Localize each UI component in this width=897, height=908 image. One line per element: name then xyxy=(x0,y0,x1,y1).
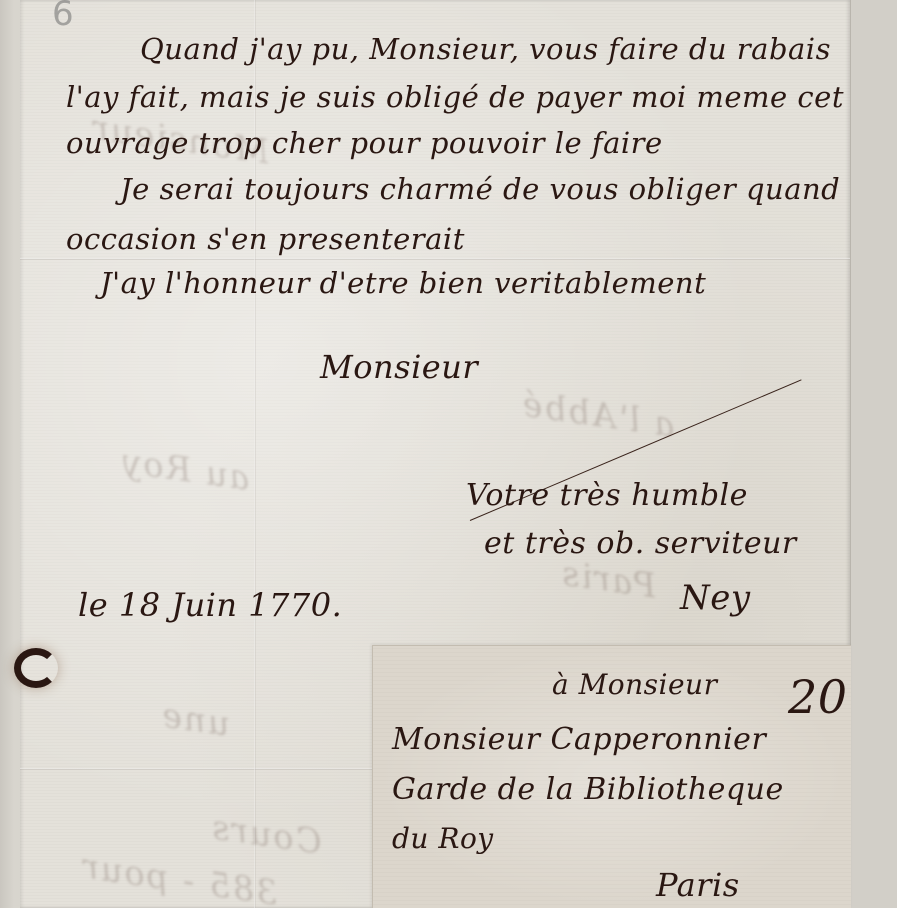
fold-crease xyxy=(20,258,850,260)
letter-body-line: Je serai toujours charmé de vous obliger… xyxy=(120,172,840,206)
address-line: Monsieur Capperonnier xyxy=(392,722,766,757)
signature: Ney xyxy=(680,578,751,618)
letter-date: le 18 Juin 1770. xyxy=(78,586,342,624)
letter-body-line: ouvrage trop cher pour pouvoir le faire xyxy=(66,126,663,160)
address-line: du Roy xyxy=(392,822,494,855)
address-line: Garde de la Bibliotheque xyxy=(392,772,784,807)
closing-line: Votre très humble xyxy=(466,478,748,513)
closing-line: et très ob. serviteur xyxy=(484,526,797,561)
fold-crease xyxy=(20,768,372,770)
address-line: Paris xyxy=(656,866,740,904)
ink-blot xyxy=(14,648,58,688)
salutation: Monsieur xyxy=(320,348,478,386)
letter-body-line: occasion s'en presenterait xyxy=(66,222,465,256)
address-annotation: 20 xyxy=(788,670,848,724)
letter-body-line: l'ay fait, mais je suis obligé de payer … xyxy=(66,80,844,114)
letter-photograph: Monsieur a l'Abbé au Roy Paris une Cours… xyxy=(0,0,897,908)
address-line: à Monsieur xyxy=(552,668,717,701)
pencil-mark: 6 xyxy=(52,0,74,34)
mount-margin xyxy=(850,0,897,908)
letter-body-line: Quand j'ay pu, Monsieur, vous faire du r… xyxy=(140,32,831,66)
letter-body-line: J'ay l'honneur d'etre bien veritablement xyxy=(100,266,706,300)
